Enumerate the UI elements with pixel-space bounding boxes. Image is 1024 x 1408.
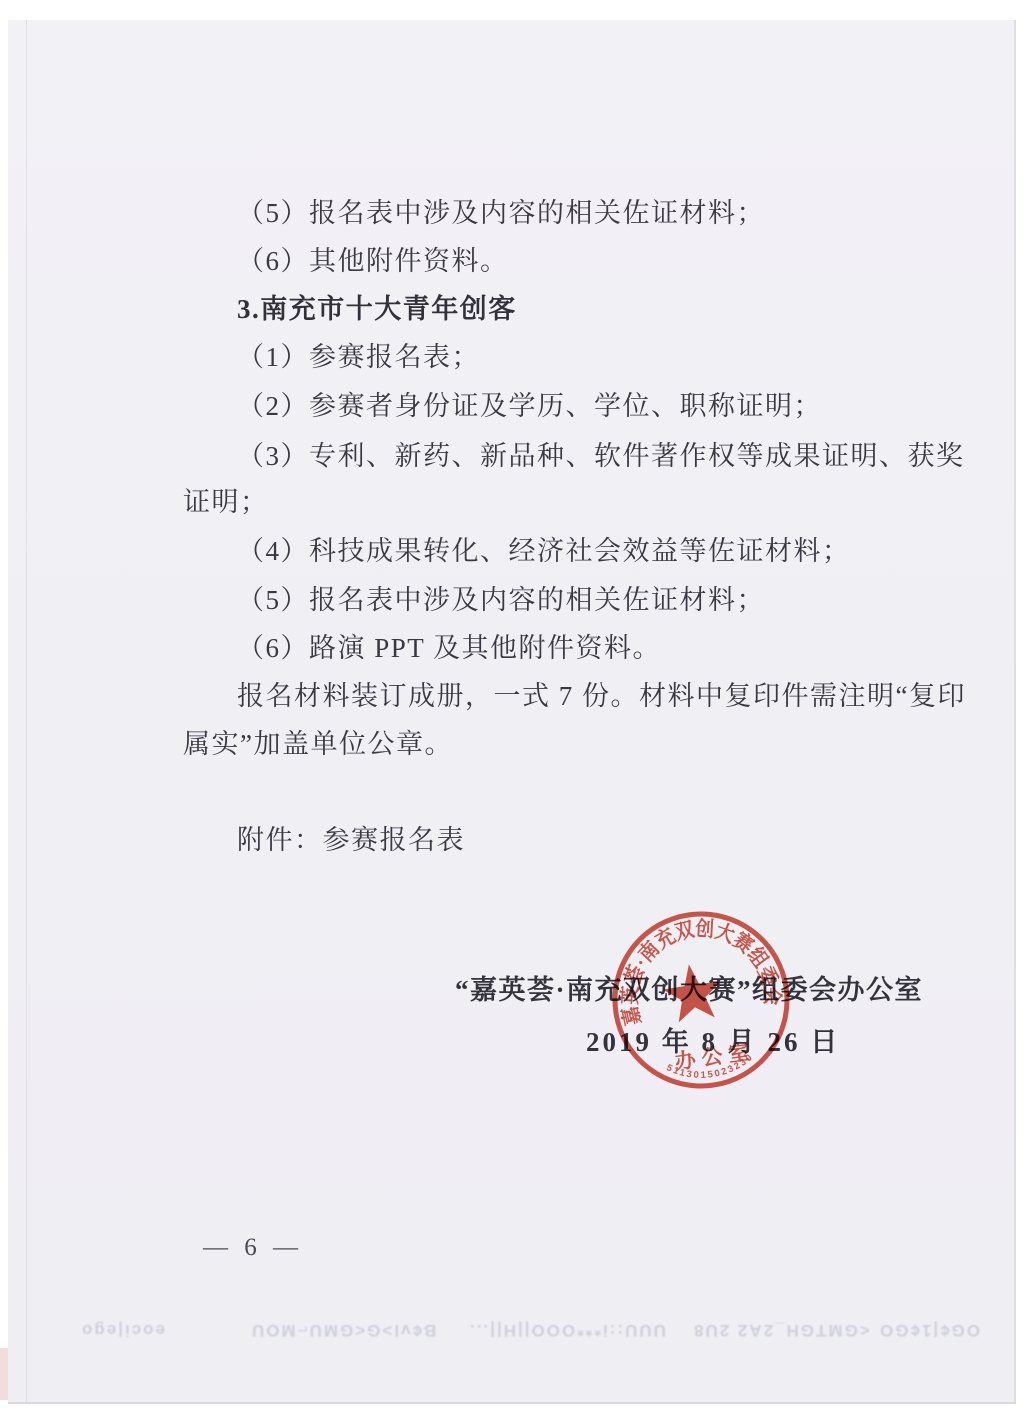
document-line: 证明；: [183, 486, 269, 518]
document-line: （6）其他附件资料。: [237, 245, 509, 277]
bleed-through-text: <GMTGH_2A2 2U8: [692, 1320, 870, 1340]
seal-ring-text: 嘉英荟·南充双创大赛组委会: [607, 906, 786, 1028]
document-line: （1）参赛报名表；: [237, 341, 480, 373]
document-line: 属实”加盖单位公章。: [183, 728, 453, 760]
attachment-line: 附件：参赛报名表: [237, 824, 465, 856]
section-heading: 3.南充市十大青年创客: [237, 293, 517, 325]
document-line: （4）科技成果转化、经济社会效益等佐证材料；: [237, 535, 851, 567]
official-seal: 嘉英荟·南充双创大赛组委会 办公室 5113015023230: [594, 893, 809, 1108]
scanned-document-page: （5）报名表中涉及内容的相关佐证材料； （6）其他附件资料。 3.南充市十大青年…: [0, 0, 1024, 1408]
bleed-through-text: OG¢|1¢GO: [878, 1320, 980, 1340]
seal-star-icon: [660, 960, 726, 1024]
document-line: （5）报名表中涉及内容的相关佐证材料；: [237, 584, 765, 616]
bleed-through-text: eoci|ego: [80, 1320, 165, 1340]
svg-text:嘉英荟·南充双创大赛组委会: 嘉英荟·南充双创大赛组委会: [607, 906, 786, 1028]
document-line: （5）报名表中涉及内容的相关佐证材料；: [237, 197, 765, 229]
bleed-through-text-row: eoci|ego B¢vI>G<GMU⌐MOU UUU::i***OOO||H|…: [0, 1320, 1024, 1344]
bleed-through-text: B¢vI>G<GMU⌐MOU: [250, 1320, 436, 1340]
scan-edge-artifact: [0, 1348, 8, 1400]
scan-edge-right: [1014, 20, 1016, 1402]
document-line: 报名材料装订成册，一式 7 份。材料中复印件需注明“复印: [237, 680, 966, 712]
scan-edge-left: [26, 20, 27, 1402]
document-line: （6）路演 PPT 及其他附件资料。: [237, 632, 661, 664]
page-number: — 6 —: [203, 1234, 303, 1262]
bleed-through-text: UUU::i***OOO||H||...: [468, 1320, 666, 1340]
document-line: （3）专利、新药、新品种、软件著作权等成果证明、获奖: [237, 440, 965, 472]
document-line: （2）参赛者身份证及学历、学位、职称证明；: [237, 390, 822, 422]
